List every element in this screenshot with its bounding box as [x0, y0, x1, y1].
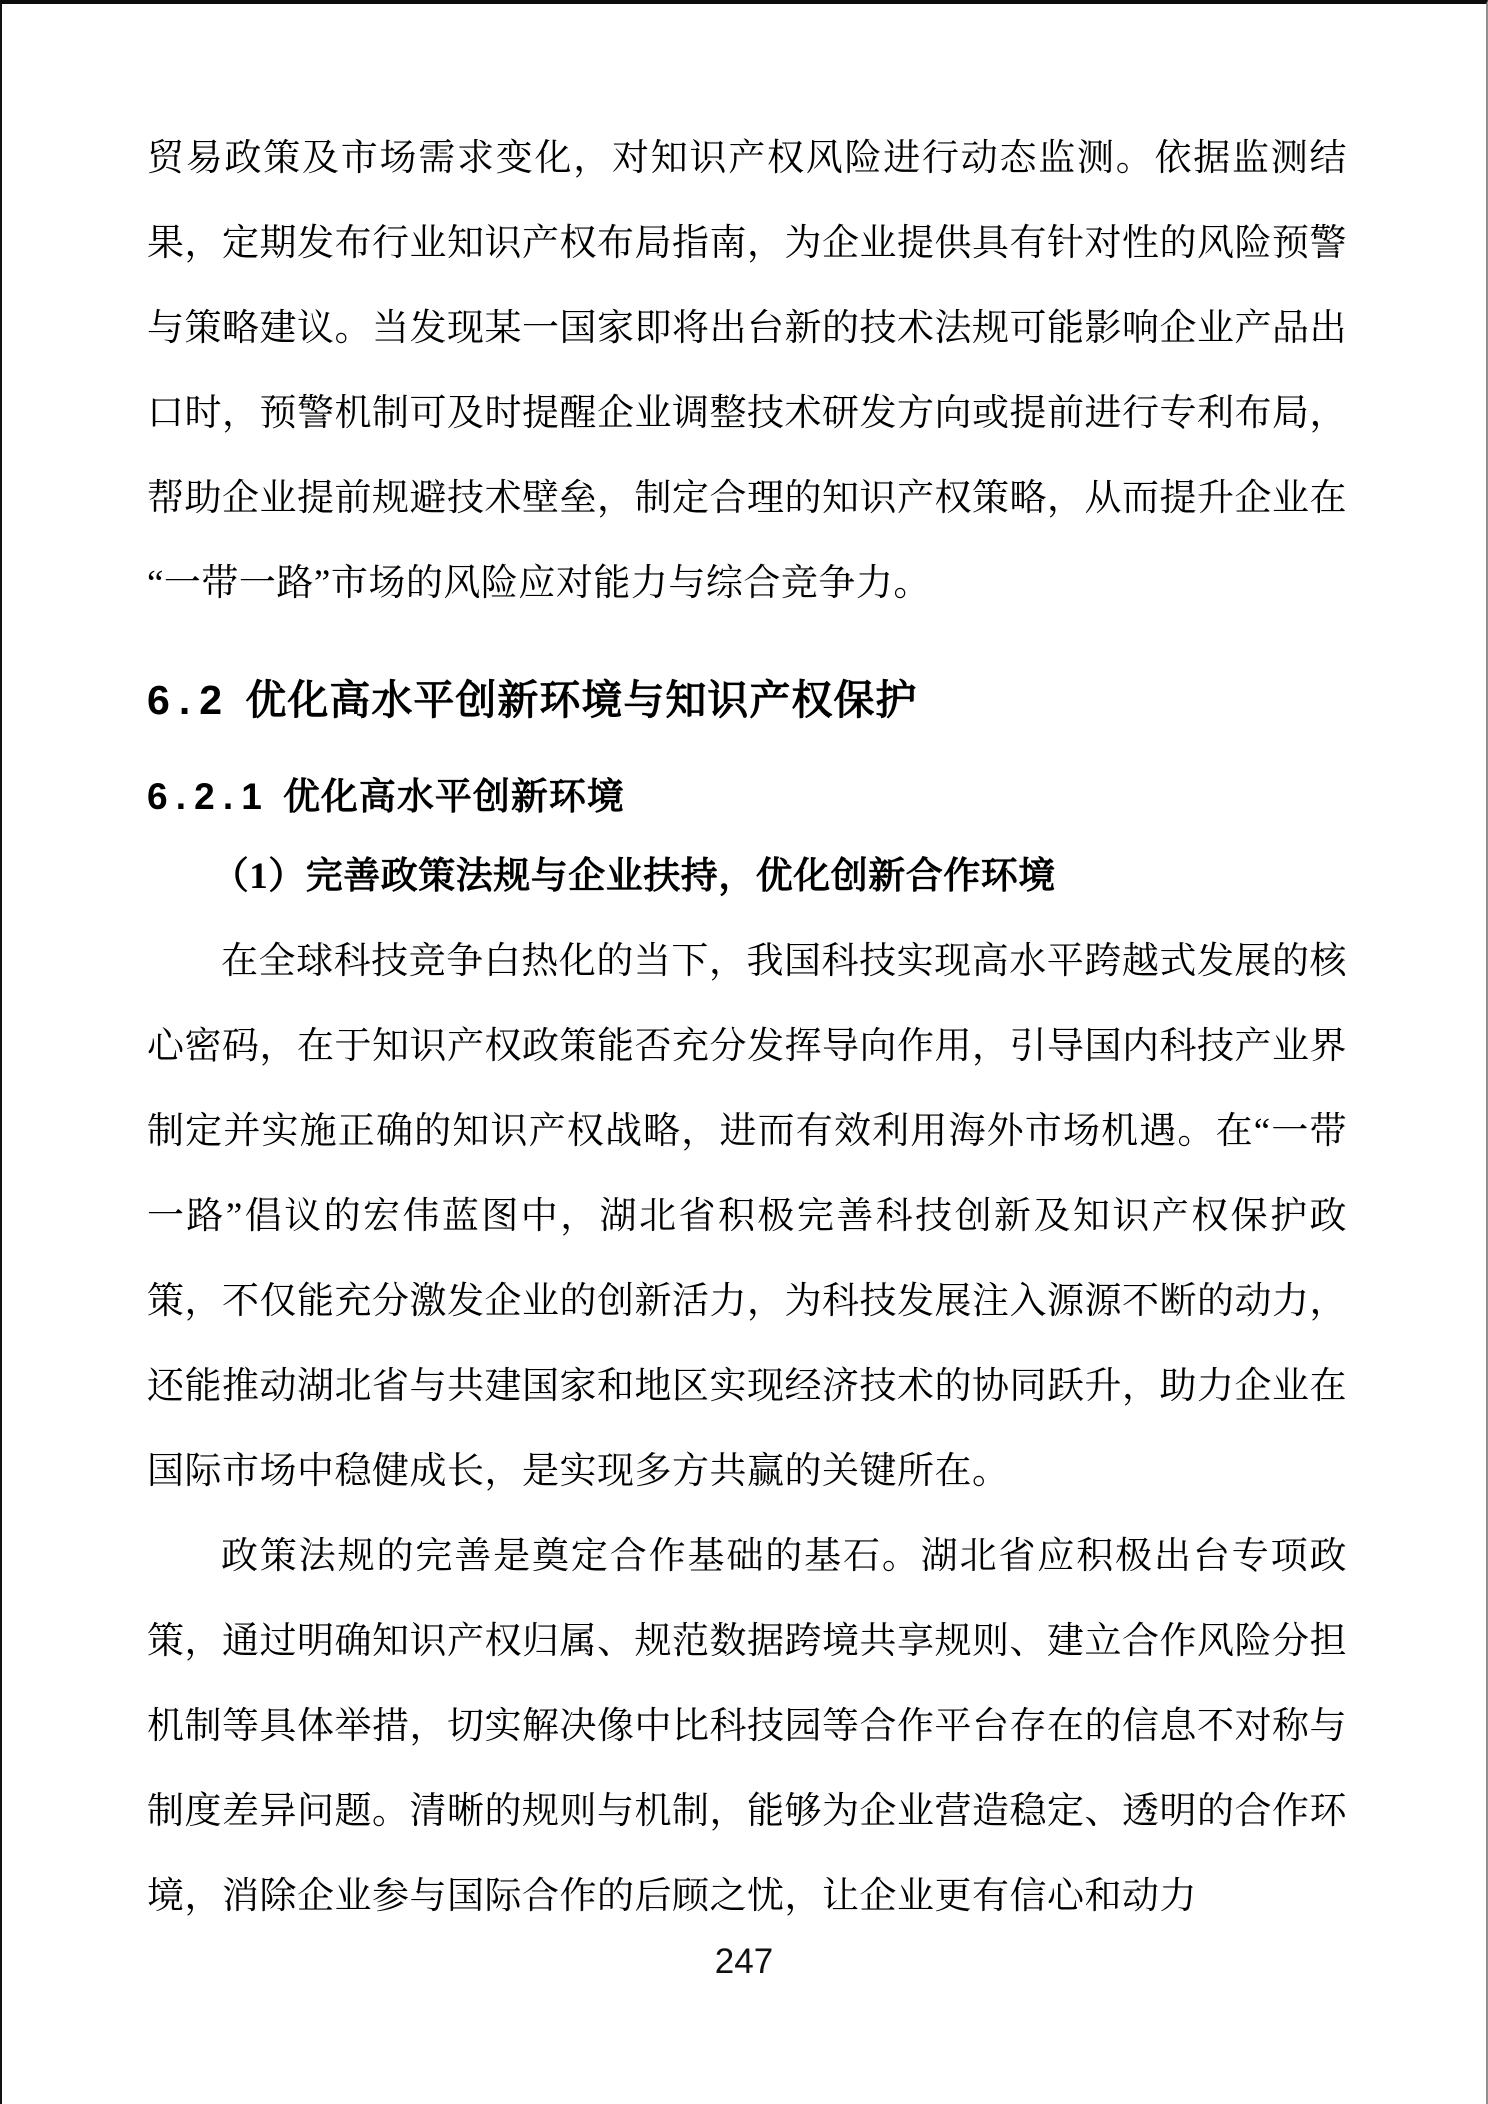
subsection-heading: 6.2.1优化高水平创新环境: [147, 772, 1347, 822]
page-number: 247: [715, 1942, 773, 1981]
subsection-title: 优化高水平创新环境: [283, 776, 625, 817]
page-content: 贸易政策及市场需求变化，对知识产权风险进行动态监测。依据监测结果，定期发布行业知…: [147, 116, 1347, 1939]
paragraph-policy-regulations: 政策法规的完善是奠定合作基础的基石。湖北省应积极出台专项政策，通过明确知识产权归…: [147, 1514, 1347, 1939]
paragraph-innovation-environment: 在全球科技竞争白热化的当下，我国科技实现高水平跨越式发展的核心密码，在于知识产权…: [147, 919, 1347, 1514]
page-footer: 247: [2, 1942, 1486, 1982]
section-number: 6.2: [147, 677, 231, 723]
document-page: 贸易政策及市场需求变化，对知识产权风险进行动态监测。依据监测结果，定期发布行业知…: [0, 0, 1488, 2104]
point-heading: （1）完善政策法规与企业扶持，优化创新合作环境: [147, 834, 1347, 919]
section-title: 优化高水平创新环境与知识产权保护: [245, 677, 917, 723]
paragraph-continued-from-previous-page: 贸易政策及市场需求变化，对知识产权风险进行动态监测。依据监测结果，定期发布行业知…: [147, 116, 1347, 626]
subsection-number: 6.2.1: [147, 776, 270, 817]
section-heading: 6.2优化高水平创新环境与知识产权保护: [147, 672, 1347, 728]
